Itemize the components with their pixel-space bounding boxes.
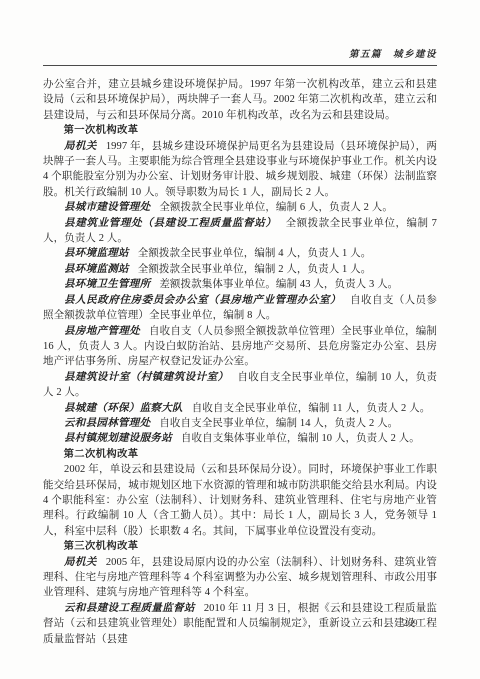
entity-lead: 县建筑设计室（村镇建筑设计室） — [64, 372, 229, 383]
paragraph: 云和县园林管理处自收自支全民事业单位，编制 14 人，负责人 2 人。 — [43, 416, 437, 431]
entity-lead: 县环境监测站 — [64, 264, 129, 275]
paragraph: 县建筑设计室（村镇建筑设计室）自收自支全民事业单位，编制 10 人，负责人 2 … — [43, 370, 437, 401]
entity-lead: 县建筑业管理处（县建设工程质量监督站） — [64, 218, 277, 229]
paragraph-intro: 办公室合并，建立县城乡建设环境保护局。1997 年第一次机构改革，建立云和县建设… — [43, 77, 437, 123]
entity-lead: 云和县建设工程质量监督站 — [64, 603, 195, 614]
paragraph-text: 2005 年，县建设局原内设的办公室（法制科）、计划财务科、建筑业管理科、住宅与… — [43, 557, 437, 599]
paragraph: 县房地产管理处自收自支（人员参照全额拨款单位管理）全民事业单位，编制 16 人，… — [43, 324, 437, 370]
paragraph: 局机关1997 年，县城乡建设环境保护局更名为县建设局（县环境保护局），两块牌子… — [43, 139, 437, 201]
paragraph: 县环境监理站全额拨款全民事业单位，编制 4 人，负责人 1 人。 — [43, 246, 437, 261]
section-heading-second-reform: 第二次机构改革 — [43, 447, 437, 462]
paragraph-text: 1997 年，县城乡建设环境保护局更名为县建设局（县环境保护局），两块牌子一套人… — [43, 141, 437, 198]
paragraph: 县环境监测站全额拨款全民事业单位，编制 2 人，负责人 1 人。 — [43, 262, 437, 277]
paragraph-text: 全额拨款全民事业单位，编制 2 人，负责人 1 人。 — [138, 264, 372, 275]
paragraph: 县建筑业管理处（县建设工程质量监督站）全额拨款全民事业单位，编制 7 人，负责人… — [43, 216, 437, 247]
entity-lead: 县环境卫生管理所 — [64, 279, 150, 290]
document-page: 第五篇 城乡建设 办公室合并，建立县城乡建设环境保护局。1997 年第一次机构改… — [0, 0, 480, 679]
entity-lead: 县村镇规划建设服务站 — [64, 433, 172, 444]
section-heading-first-reform: 第一次机构改革 — [43, 123, 437, 138]
entity-lead: 县环境监理站 — [64, 248, 129, 259]
entity-lead: 局机关 — [64, 141, 97, 152]
paragraph: 县城市建设管理处全额拨款全民事业单位，编制 6 人，负责人 2 人。 — [43, 200, 437, 215]
paragraph-text: 自收自支集体事业单位，编制 10 人，负责人 2 人。 — [181, 433, 420, 444]
paragraph-text: 差额拨款集体事业单位。编制 43 人，负责人 3 人。 — [159, 279, 398, 290]
paragraph-text: 自收自支全民事业单位，编制 14 人，负责人 2 人。 — [159, 418, 398, 429]
section-heading-third-reform: 第三次机构改革 — [43, 539, 437, 554]
entity-lead: 县城建（环保）监察大队 — [64, 403, 183, 414]
entity-lead: 县城市建设管理处 — [64, 202, 150, 213]
paragraph: 局机关2005 年，县建设局原内设的办公室（法制科）、计划财务科、建筑业管理科、… — [43, 555, 437, 601]
page-body: 办公室合并，建立县城乡建设环境保护局。1997 年第一次机构改革，建立云和县建设… — [43, 77, 437, 647]
chapter-title: 第五篇 城乡建设 — [349, 50, 437, 60]
paragraph-text: 全额拨款全民事业单位，编制 4 人，负责人 1 人。 — [138, 248, 372, 259]
running-header: 第五篇 城乡建设 — [43, 49, 437, 66]
paragraph: 县城建（环保）监察大队自收自支全民事业单位，编制 11 人，负责人 2 人。 — [43, 401, 437, 416]
paragraph-text: 自收自支全民事业单位，编制 11 人，负责人 2 人。 — [192, 403, 431, 414]
entity-lead: 县房地产管理处 — [64, 326, 140, 337]
entity-lead: 云和县园林管理处 — [64, 418, 150, 429]
paragraph: 2002 年，单设云和县建设局（云和县环保局分设）。同时，环境保护事业工作职能交… — [43, 462, 437, 539]
paragraph-text: 全额拨款全民事业单位，编制 6 人，负责人 2 人。 — [159, 202, 393, 213]
page-number: 209 — [403, 618, 418, 628]
entity-lead: 局机关 — [64, 557, 97, 568]
paragraph: 县人民政府住房委员会办公室（县房地产业管理办公室）自收自支（人员参照全额拨款单位… — [43, 293, 437, 324]
paragraph: 县村镇规划建设服务站自收自支集体事业单位，编制 10 人，负责人 2 人。 — [43, 431, 437, 446]
paragraph: 县环境卫生管理所差额拨款集体事业单位。编制 43 人，负责人 3 人。 — [43, 277, 437, 292]
paragraph: 云和县建设工程质量监督站2010 年 11 月 3 日，根据《云和县建设工程质量… — [43, 601, 437, 647]
entity-lead: 县人民政府住房委员会办公室（县房地产业管理办公室） — [64, 295, 341, 306]
